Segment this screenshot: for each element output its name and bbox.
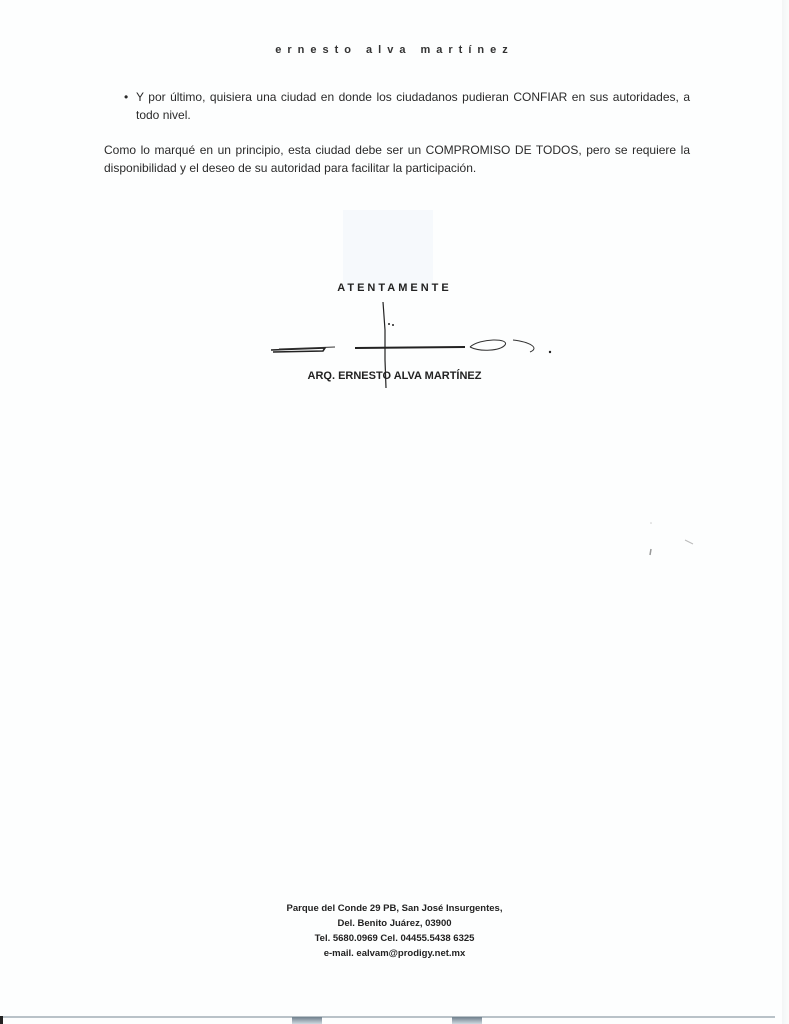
- signer-name: ARQ. ERNESTO ALVA MARTÍNEZ: [0, 370, 789, 382]
- footer-email: e-mail. ealvam@prodigy.net.mx: [0, 946, 789, 961]
- footer-address-line2: Del. Benito Juárez, 03900: [0, 916, 789, 931]
- bullet-icon: •: [124, 88, 128, 106]
- scanned-letter-page: ernesto alva martínez • Y por último, qu…: [0, 0, 789, 1024]
- letter-footer: Parque del Conde 29 PB, San José Insurge…: [0, 901, 789, 961]
- scan-corner: [0, 1016, 3, 1024]
- letterhead-name: ernesto alva martínez: [0, 44, 789, 56]
- closing-salutation: ATENTAMENTE: [0, 282, 789, 294]
- footer-address-line1: Parque del Conde 29 PB, San José Insurge…: [0, 901, 789, 916]
- scan-bottom-edge: [0, 1016, 775, 1018]
- scan-specks: [645, 515, 725, 565]
- scan-clip-mark: [292, 1017, 322, 1024]
- body-paragraph: Como lo marqué en un principio, esta ciu…: [104, 141, 690, 177]
- scan-clip-mark: [452, 1017, 482, 1024]
- footer-phones: Tel. 5680.0969 Cel. 04455.5438 6325: [0, 931, 789, 946]
- scan-edge: [782, 0, 789, 1024]
- faint-stamp-mark: [343, 210, 433, 290]
- bullet-list: • Y por último, quisiera una ciudad en d…: [124, 88, 690, 124]
- bullet-item-text: Y por último, quisiera una ciudad en don…: [136, 88, 690, 124]
